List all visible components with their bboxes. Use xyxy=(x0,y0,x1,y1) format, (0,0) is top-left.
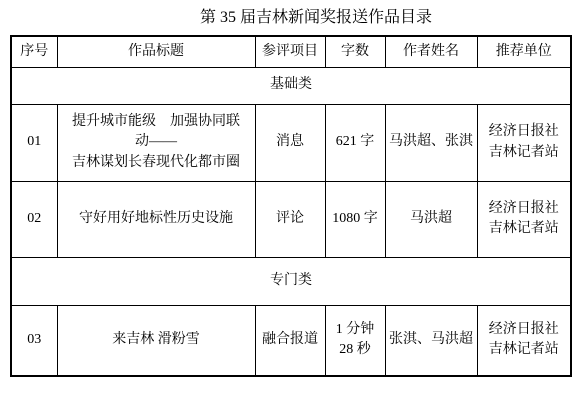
cell-work-title: 来吉林 滑粉雪 xyxy=(57,305,255,376)
table-header-row: 序号 作品标题 参评项目 字数 作者姓名 推荐单位 xyxy=(11,36,571,67)
cell-unit: 经济日报社 吉林记者站 xyxy=(477,181,571,257)
document-page: 第 35 届吉林新闻奖报送作品目录 序号 作品标题 参评项目 字数 作者姓名 推… xyxy=(0,0,578,407)
section-label-basic: 基础类 xyxy=(11,67,571,104)
cell-entry-type: 融合报道 xyxy=(255,305,325,376)
cell-serial: 03 xyxy=(11,305,57,376)
table-row: 03 来吉林 滑粉雪 融合报道 1 分钟 28 秒 张淇、马洪超 经济日报社 吉… xyxy=(11,305,571,376)
cell-authors: 马洪超 xyxy=(385,181,477,257)
cell-entry-type: 消息 xyxy=(255,104,325,181)
table-row: 02 守好用好地标性历史设施 评论 1080 字 马洪超 经济日报社 吉林记者站 xyxy=(11,181,571,257)
col-header-work-title: 作品标题 xyxy=(57,36,255,67)
cell-word-count: 1080 字 xyxy=(325,181,385,257)
cell-unit: 经济日报社 吉林记者站 xyxy=(477,104,571,181)
cell-authors: 张淇、马洪超 xyxy=(385,305,477,376)
section-row-special: 专门类 xyxy=(11,257,571,305)
col-header-authors: 作者姓名 xyxy=(385,36,477,67)
cell-serial: 02 xyxy=(11,181,57,257)
col-header-entry-type: 参评项目 xyxy=(255,36,325,67)
cell-work-title: 守好用好地标性历史设施 xyxy=(57,181,255,257)
cell-word-count: 1 分钟 28 秒 xyxy=(325,305,385,376)
section-label-special: 专门类 xyxy=(11,257,571,305)
document-title: 第 35 届吉林新闻奖报送作品目录 xyxy=(0,0,578,28)
col-header-serial: 序号 xyxy=(11,36,57,67)
cell-entry-type: 评论 xyxy=(255,181,325,257)
cell-work-title: 提升城市能级 加强协同联 动—— 吉林谋划长春现代化都市圈 xyxy=(57,104,255,181)
section-row-basic: 基础类 xyxy=(11,67,571,104)
cell-unit: 经济日报社 吉林记者站 xyxy=(477,305,571,376)
col-header-word-count: 字数 xyxy=(325,36,385,67)
cell-serial: 01 xyxy=(11,104,57,181)
col-header-unit: 推荐单位 xyxy=(477,36,571,67)
table-row: 01 提升城市能级 加强协同联 动—— 吉林谋划长春现代化都市圈 消息 621 … xyxy=(11,104,571,181)
awards-catalog-table: 序号 作品标题 参评项目 字数 作者姓名 推荐单位 基础类 01 提升城市能级 … xyxy=(10,35,572,377)
cell-authors: 马洪超、张淇 xyxy=(385,104,477,181)
cell-word-count: 621 字 xyxy=(325,104,385,181)
